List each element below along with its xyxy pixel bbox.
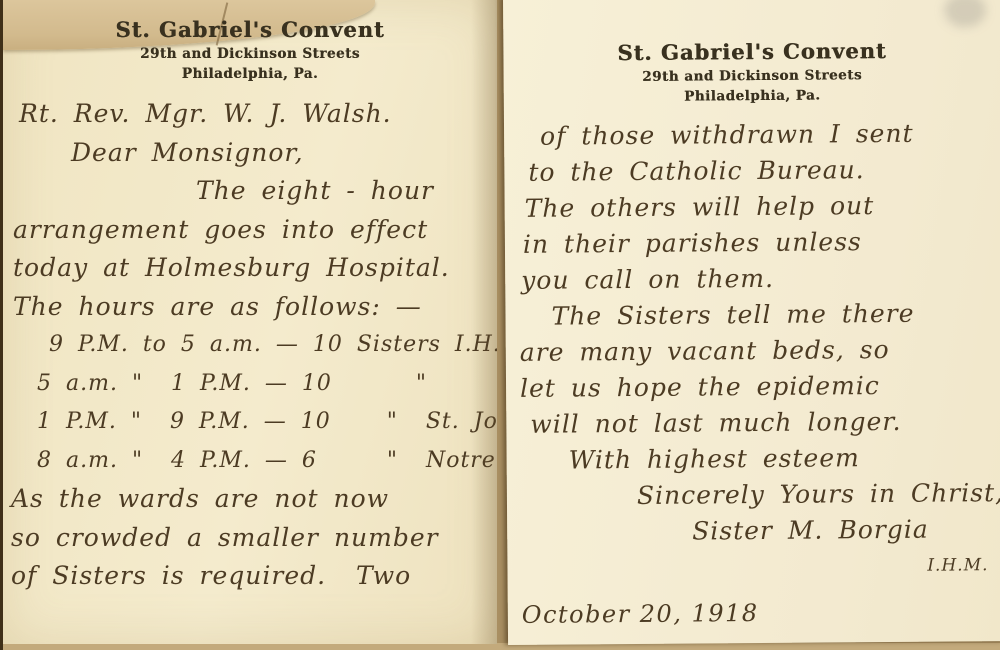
letterhead-city: Philadelphia, Pa. — [504, 86, 1000, 106]
letter-line: The Sisters tell me there — [551, 295, 1000, 335]
letter-line: The eight - hour — [196, 172, 495, 211]
letterhead-address: 29th and Dickinson Streets — [504, 66, 1000, 86]
letter-line: you call on them. — [521, 259, 1000, 299]
letter-line: let us hope the epidemic — [520, 367, 1000, 407]
scan-edge — [0, 0, 3, 650]
salutation-line: Dear Monsignor, — [71, 134, 495, 173]
page1-body: Rt. Rev. Mgr. W. J. Walsh. Dear Monsigno… — [11, 95, 495, 596]
letter-line: of those withdrawn I sent — [540, 115, 999, 155]
letterhead-name: St. Gabriel's Convent — [503, 37, 1000, 66]
letter-page-1: St. Gabriel's Convent 29th and Dickinson… — [3, 0, 497, 644]
letterhead: St. Gabriel's Convent 29th and Dickinson… — [3, 0, 497, 82]
signature-order-line: I.H.M. — [517, 547, 1000, 587]
letter-line: so crowded a smaller number — [11, 519, 495, 558]
signature-line: Sister M. Borgia — [692, 511, 1000, 549]
letter-line: in their parishes unless — [523, 223, 1000, 263]
letter-line: today at Holmesburg Hospital. — [13, 249, 495, 288]
letter-line: are many vacant beds, so — [520, 331, 1000, 371]
schedule-line: 5 a.m. " 1 P.M. — 10 " " " " — [37, 365, 495, 404]
letter-line: will not last much longer. — [530, 403, 1000, 443]
letter-page-2: St. Gabriel's Convent 29th and Dickinson… — [503, 0, 1000, 645]
letter-line: arrangement goes into effect — [13, 211, 495, 250]
letter-line: The others will help out — [525, 187, 1000, 227]
letter-line: The hours are as follows: — — [13, 288, 495, 327]
valediction-line: Sincerely Yours in Christ, — [637, 475, 1000, 514]
letter-line: of Sisters is required. Two — [11, 557, 495, 596]
letterhead: St. Gabriel's Convent 29th and Dickinson… — [503, 0, 1000, 106]
scan-background-strip — [0, 643, 1000, 650]
letterhead-name: St. Gabriel's Convent — [3, 17, 497, 42]
letter-line: As the wards are not now — [11, 480, 495, 519]
schedule-line: 8 a.m. " 4 P.M. — 6 " Notre Dame — [37, 442, 495, 481]
page2-body: of those withdrawn I sent to the Catholi… — [514, 115, 1000, 587]
letterhead-city: Philadelphia, Pa. — [3, 66, 497, 82]
letter-line: to the Catholic Bureau. — [528, 151, 999, 191]
letterhead-address: 29th and Dickinson Streets — [3, 46, 497, 62]
date-line: October 20, 1918 — [522, 599, 759, 629]
schedule-line: 1 P.M. " 9 P.M. — 10 " St. Joseph — [37, 403, 495, 442]
schedule-line: 9 P.M. to 5 a.m. — 10 Sisters I.H.M. — [49, 326, 495, 365]
closing-line: With highest esteem — [569, 439, 1000, 478]
recipient-line: Rt. Rev. Mgr. W. J. Walsh. — [19, 95, 495, 134]
